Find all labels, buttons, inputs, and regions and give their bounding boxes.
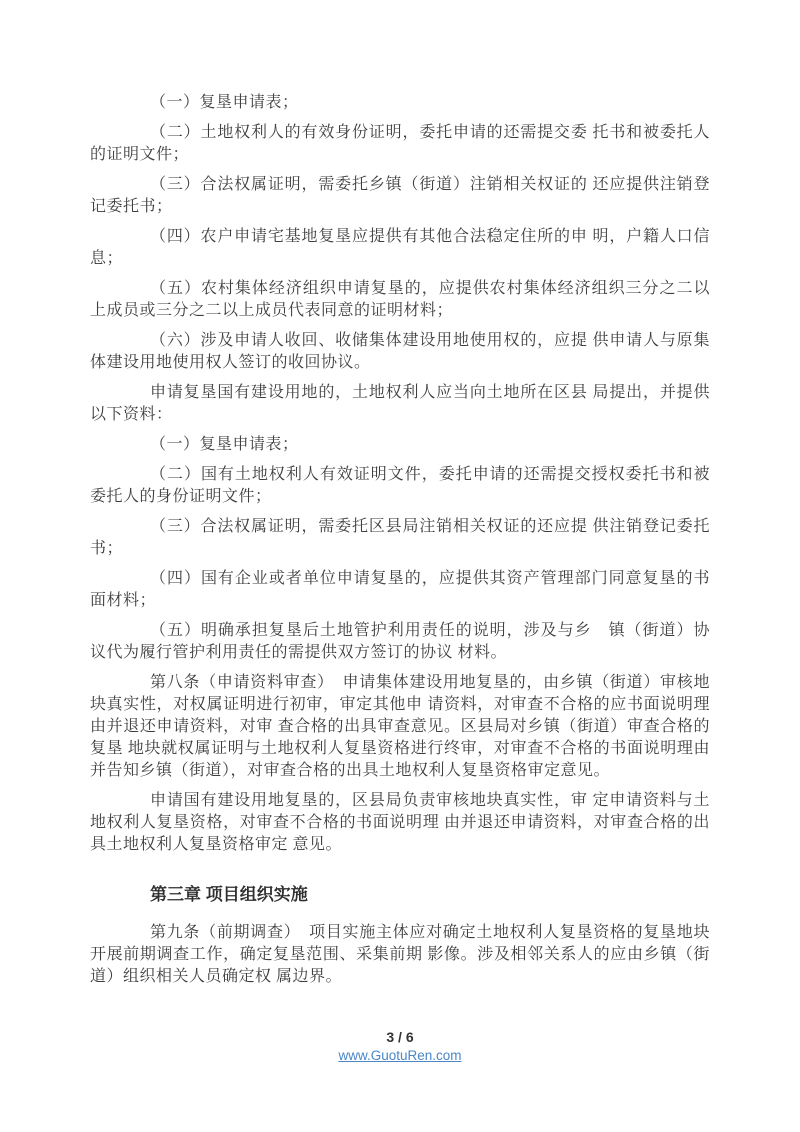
paragraph: （三）合法权属证明，需委托区县局注销相关权证的还应提 供注销登记委托书； [90, 516, 710, 560]
website-link[interactable]: www.GuotuRen.com [338, 1047, 461, 1064]
paragraph: （五）明确承担复垦后土地管护利用责任的说明，涉及与乡 镇（街道）协议代为履行管护… [90, 620, 710, 664]
chapter-heading: 第三章 项目组织实施 [90, 884, 710, 906]
paragraph: （六）涉及申请人收回、收储集体建设用地使用权的，应提 供申请人与原集体建设用地使… [90, 330, 710, 374]
paragraph: （二）土地权利人的有效身份证明，委托申请的还需提交委 托书和被委托人的证明文件； [90, 122, 710, 166]
document-page: （一）复垦申请表； （二）土地权利人的有效身份证明，委托申请的还需提交委 托书和… [0, 0, 800, 1132]
document-body: （一）复垦申请表； （二）土地权利人的有效身份证明，委托申请的还需提交委 托书和… [0, 0, 800, 988]
paragraph: 第八条（申请资料审查） 申请集体建设用地复垦的，由乡镇（街道）审核地块真实性，对… [90, 672, 710, 782]
paragraph: （三）合法权属证明，需委托乡镇（街道）注销相关权证的 还应提供注销登记委托书； [90, 174, 710, 218]
paragraph: （二）国有土地权利人有效证明文件，委托申请的还需提交授权委托书和被委托人的身份证… [90, 464, 710, 508]
paragraph: （五）农村集体经济组织申请复垦的，应提供农村集体经济组织三分之二以上成员或三分之… [90, 278, 710, 322]
paragraph: 第九条（前期调查） 项目实施主体应对确定土地权利人复垦资格的复垦地块开展前期调查… [90, 922, 710, 988]
paragraph: （四）农户申请宅基地复垦应提供有其他合法稳定住所的申 明，户籍人口信息； [90, 226, 710, 270]
paragraph: （四）国有企业或者单位申请复垦的，应提供其资产管理部门同意复垦的书面材料； [90, 568, 710, 612]
page-footer: 3 / 6 www.GuotuRen.com [0, 1028, 800, 1065]
paragraph: （一）复垦申请表； [90, 92, 710, 114]
paragraph: 申请国有建设用地复垦的，区县局负责审核地块真实性，审 定申请资料与土地权利人复垦… [90, 790, 710, 856]
paragraph: （一）复垦申请表； [90, 434, 710, 456]
paragraph: 申请复垦国有建设用地的，土地权利人应当向土地所在区县 局提出，并提供以下资料： [90, 382, 710, 426]
page-number: 3 / 6 [0, 1028, 800, 1046]
